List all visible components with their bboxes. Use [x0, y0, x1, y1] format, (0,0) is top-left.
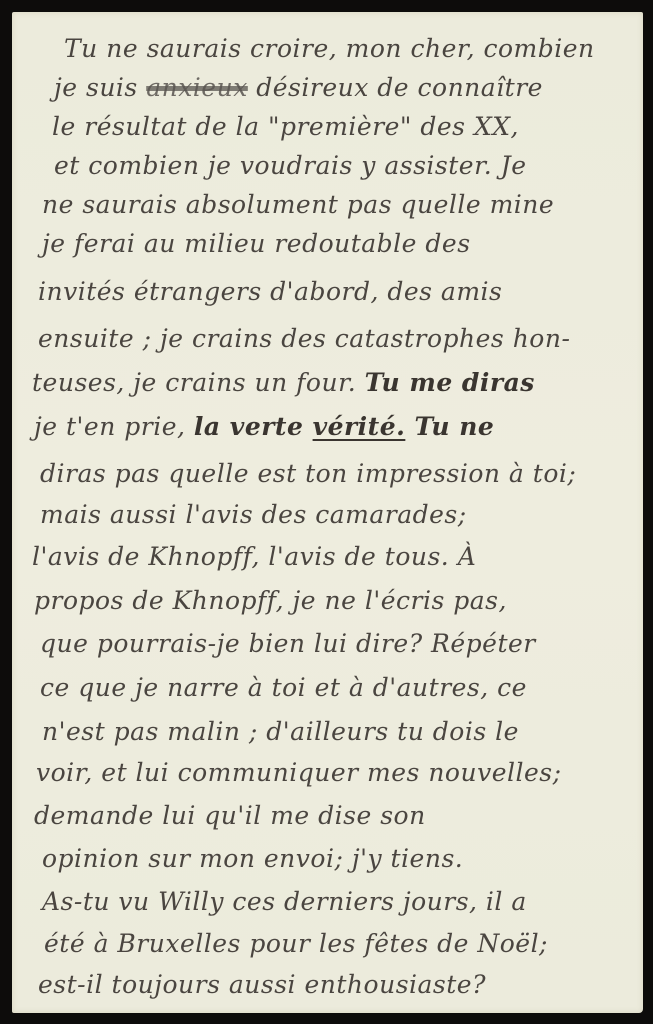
line-text-dark: la verte	[194, 412, 313, 441]
line-text: mais aussi l'avis des camarades;	[40, 500, 467, 529]
letter-line-12: mais aussi l'avis des camarades;	[40, 500, 467, 530]
letter-line-20: opinion sur mon envoi; j'y tiens.	[42, 844, 463, 874]
struck-word: anxieux	[146, 73, 248, 102]
line-text: Tu ne saurais croire, mon cher, combien	[64, 34, 595, 63]
letter-line-3: le résultat de la "première" des XX,	[52, 112, 519, 142]
letter-line-11: diras pas quelle est ton impression à to…	[40, 459, 576, 489]
letter-line-5: ne saurais absolument pas quelle mine	[42, 190, 554, 220]
line-text: opinion sur mon envoi; j'y tiens.	[42, 844, 463, 873]
letter-line-6: je ferai au milieu redoutable des	[42, 229, 471, 259]
line-text: teuses, je crains un four.	[32, 368, 365, 397]
line-text: demande lui qu'il me dise son	[34, 801, 426, 830]
letter-line-7: invités étrangers d'abord, des amis	[38, 277, 502, 307]
line-text: voir, et lui communiquer mes nouvelles;	[36, 758, 562, 787]
line-text: été à Bruxelles pour les fêtes de Noël;	[44, 929, 548, 958]
letter-line-10: je t'en prie, la verte vérité. Tu ne	[34, 412, 494, 442]
letter-line-4: et combien je voudrais y assister. Je	[54, 151, 527, 181]
letter-line-1: Tu ne saurais croire, mon cher, combien	[64, 34, 595, 64]
letter-line-9: teuses, je crains un four. Tu me diras	[32, 368, 535, 398]
letter-line-14: propos de Khnopff, je ne l'écris pas,	[34, 586, 507, 616]
letter-line-18: voir, et lui communiquer mes nouvelles;	[36, 758, 562, 788]
line-text-dark: Tu me diras	[365, 368, 535, 397]
letter-line-13: l'avis de Khnopff, l'avis de tous. À	[32, 542, 476, 572]
letter-line-23: est-il toujours aussi enthousiaste?	[38, 970, 486, 1000]
line-text: n'est pas malin ; d'ailleurs tu dois le	[42, 717, 519, 746]
line-text: ensuite ; je crains des catastrophes hon…	[38, 324, 570, 353]
line-text: que pourrais-je bien lui dire? Répéter	[40, 629, 536, 658]
line-text: je suis	[54, 73, 146, 102]
line-text: As-tu vu Willy ces derniers jours, il a	[42, 887, 527, 916]
letter-line-19: demande lui qu'il me dise son	[34, 801, 426, 831]
line-text: invités étrangers d'abord, des amis	[38, 277, 502, 306]
line-text-dark: Tu ne	[405, 412, 494, 441]
letter-line-21: As-tu vu Willy ces derniers jours, il a	[42, 887, 527, 917]
line-text: ne saurais absolument pas quelle mine	[42, 190, 554, 219]
line-text: l'avis de Khnopff, l'avis de tous. À	[32, 542, 476, 571]
line-text: je ferai au milieu redoutable des	[42, 229, 471, 258]
letter-line-16: ce que je narre à toi et à d'autres, ce	[40, 673, 527, 703]
letter-line-2: je suis anxieux désireux de connaître	[54, 73, 543, 103]
line-text: le résultat de la "première" des XX,	[52, 112, 519, 141]
line-text: diras pas quelle est ton impression à to…	[40, 459, 576, 488]
line-text: propos de Khnopff, je ne l'écris pas,	[34, 586, 507, 615]
letter-line-15: que pourrais-je bien lui dire? Répéter	[40, 629, 536, 659]
line-text: et combien je voudrais y assister. Je	[54, 151, 527, 180]
line-text: ce que je narre à toi et à d'autres, ce	[40, 673, 527, 702]
letter-line-17: n'est pas malin ; d'ailleurs tu dois le	[42, 717, 519, 747]
line-text: désireux de connaître	[248, 73, 543, 102]
letter-line-8: ensuite ; je crains des catastrophes hon…	[38, 324, 570, 354]
line-text: est-il toujours aussi enthousiaste?	[38, 970, 486, 999]
letter-line-22: été à Bruxelles pour les fêtes de Noël;	[44, 929, 548, 959]
underlined-word: vérité.	[313, 412, 406, 441]
line-text: je t'en prie,	[34, 412, 194, 441]
letter-page: Tu ne saurais croire, mon cher, combien …	[12, 12, 643, 1013]
